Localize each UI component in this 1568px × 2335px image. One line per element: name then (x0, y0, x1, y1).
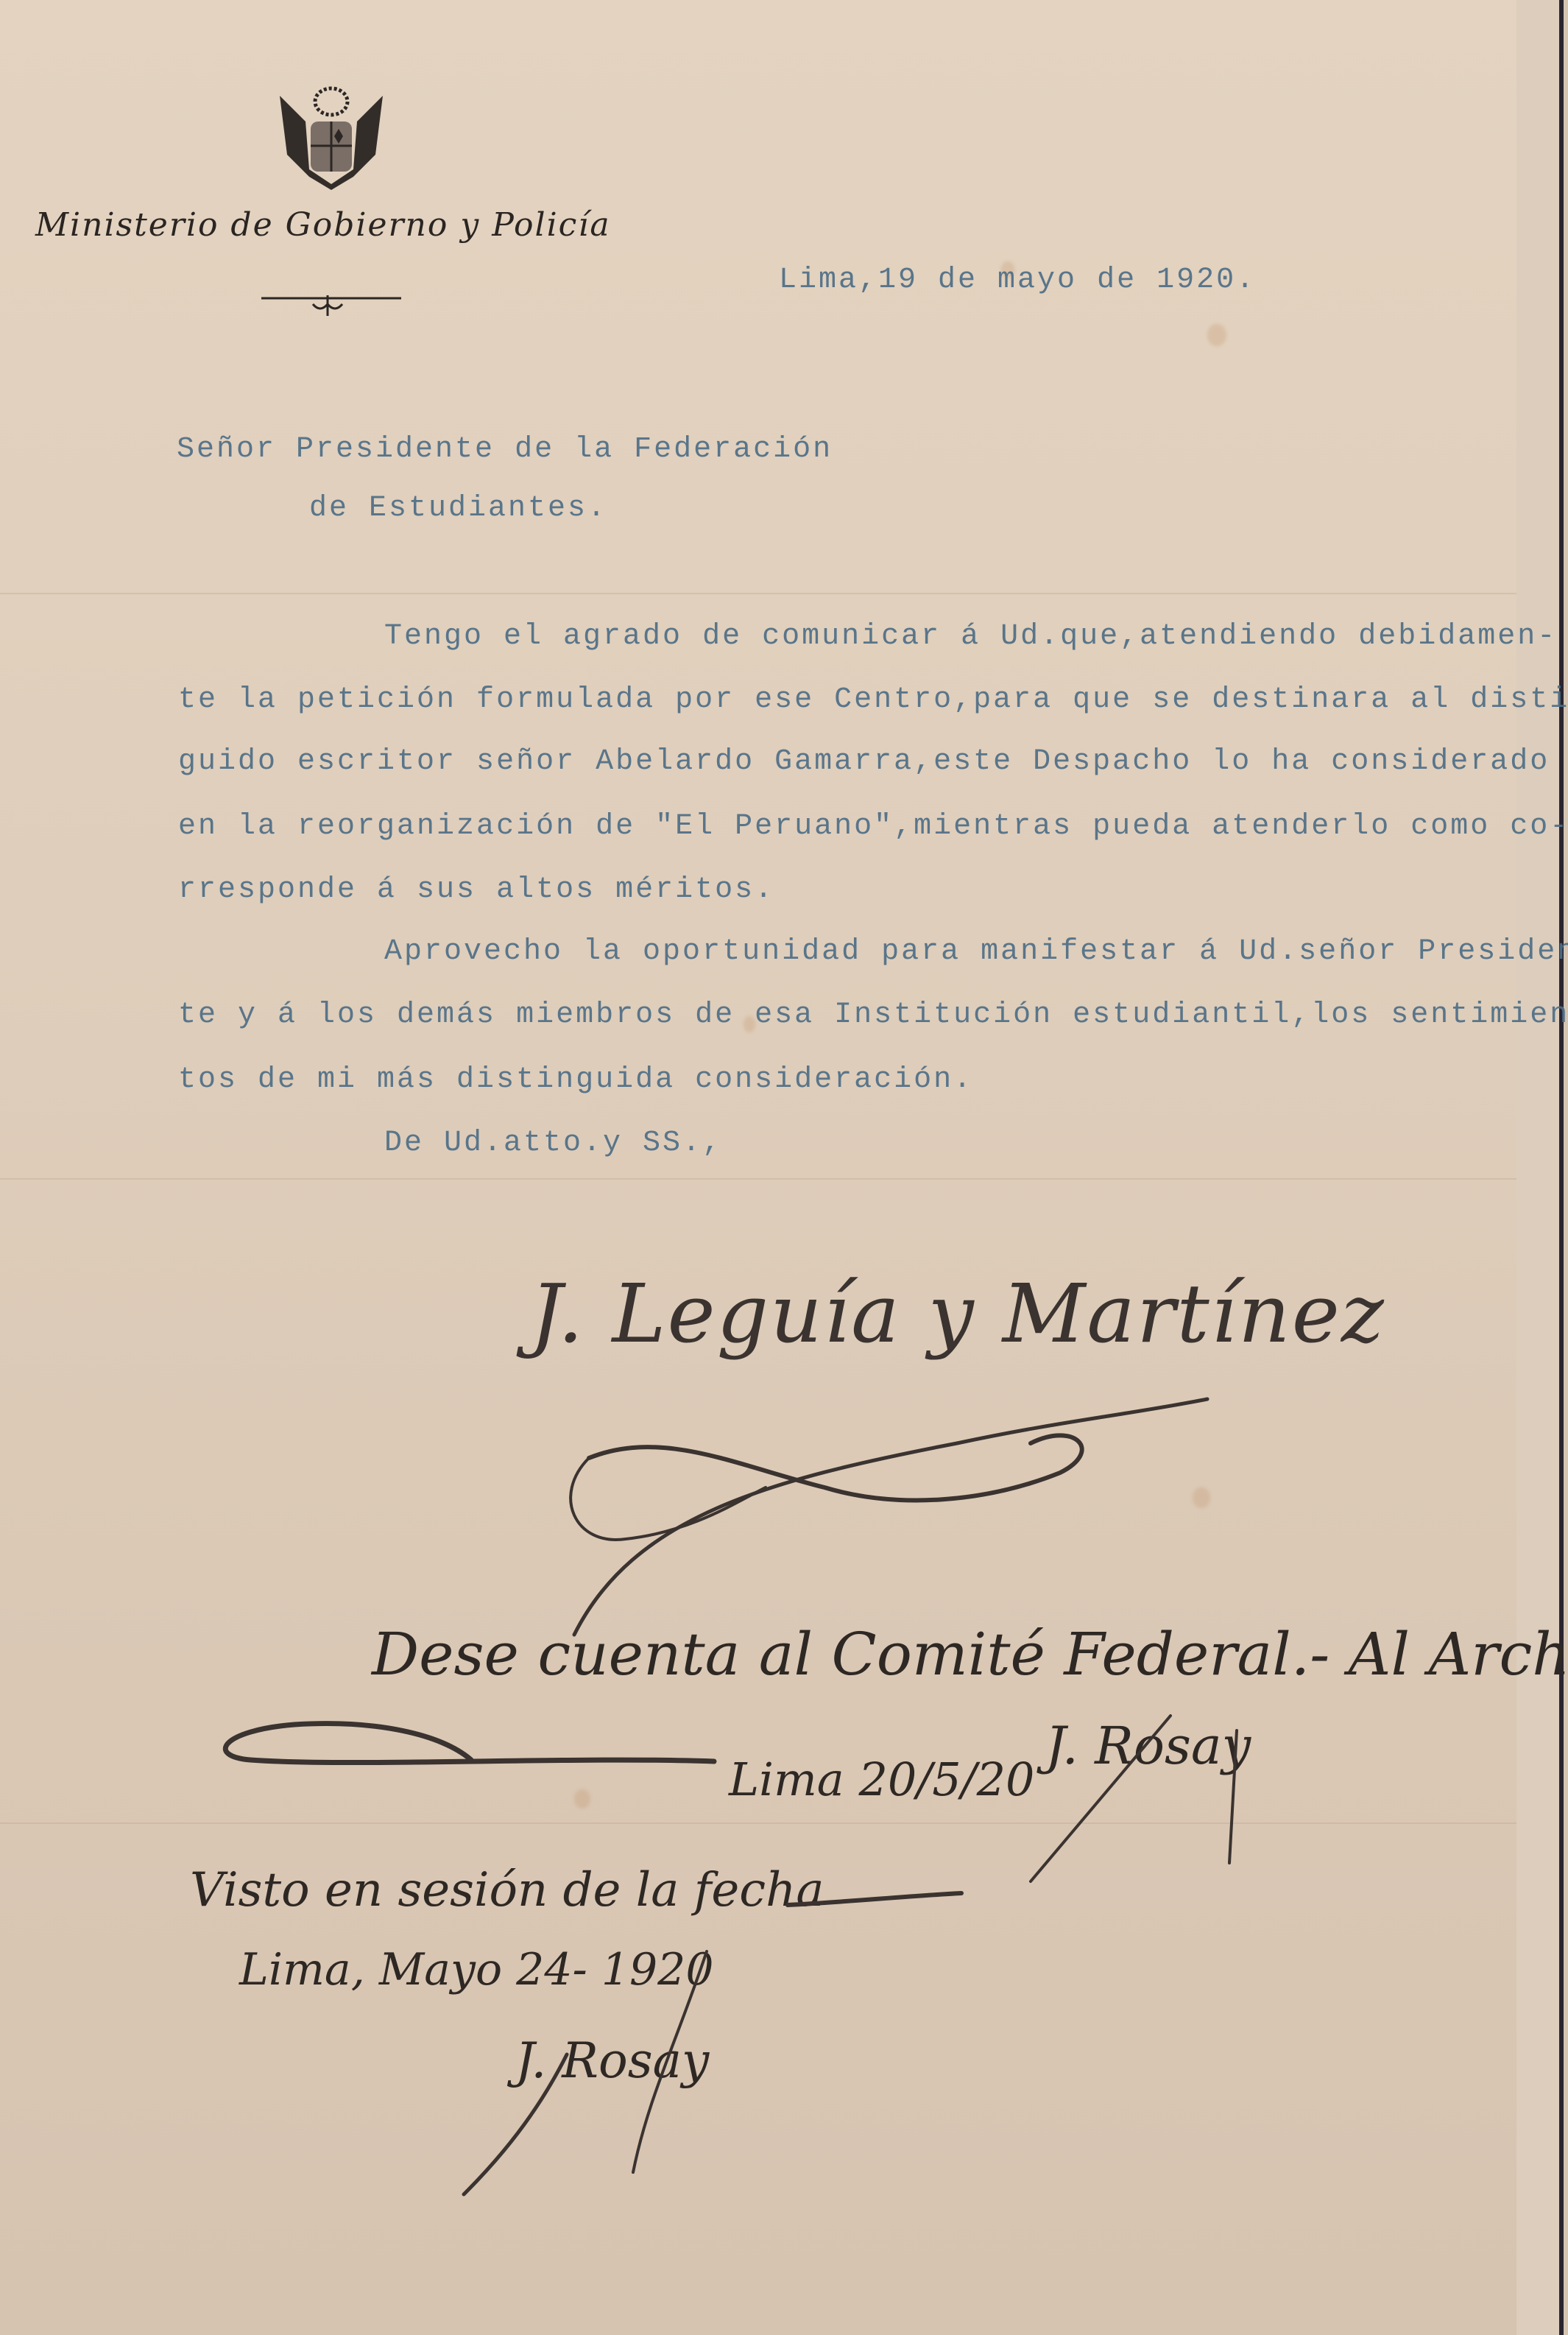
date-line: Lima,19 de mayo de 1920. (779, 264, 1256, 297)
closing-line: De Ud.atto.y SS., (384, 1127, 722, 1160)
paper-stain (1207, 324, 1226, 346)
body-line: guido escritor señor Abelardo Gamarra,es… (178, 745, 1568, 778)
underline-flourish-icon (206, 1716, 721, 1775)
annotation-2-line-1: Visto en sesión de la fecha (190, 1863, 824, 1917)
body-line: en la reorganización de "El Peruano",mie… (178, 810, 1568, 843)
signature-flourish-icon (545, 1399, 1281, 1642)
body-line: Tengo el agrado de comunicar á Ud.que,at… (384, 620, 1557, 653)
annotation-1-date: Lima 20/5/20 (729, 1753, 1034, 1806)
addressee-line-2: de Estudiantes. (309, 492, 607, 525)
signature-stroke-icon (456, 1951, 766, 2194)
addressee-line-1: Señor Presidente de la Federación (177, 433, 833, 466)
letter-page: Ministerio de Gobierno y Policía Lima,19… (0, 0, 1568, 2335)
signature-stroke-icon (1016, 1716, 1251, 1885)
paper-fold-line (0, 593, 1516, 594)
peru-coat-of-arms-icon (265, 81, 398, 191)
paper-stain (574, 1789, 590, 1809)
body-line: te y á los demás miembros de esa Institu… (178, 999, 1568, 1032)
body-line: te la petición formulada por ese Centro,… (178, 683, 1568, 716)
annotation-1-line-1: Dese cuenta al Comité Federal.- Al Archi… (372, 1620, 1568, 1688)
paper-fold-line (0, 1178, 1516, 1180)
minister-signature: J. Leguía y Martínez (530, 1267, 1385, 1361)
paper-fold-line (0, 1822, 1516, 1824)
underline-stroke-icon (788, 1889, 964, 1911)
body-line: Aprovecho la oportunidad para manifestar… (384, 935, 1568, 968)
ministry-letterhead: Ministerio de Gobierno y Policía (35, 206, 611, 244)
body-line: tos de mi más distinguida consideración. (178, 1063, 973, 1096)
body-line: rresponde á sus altos méritos. (178, 873, 774, 906)
flourish-divider-icon (261, 291, 401, 320)
